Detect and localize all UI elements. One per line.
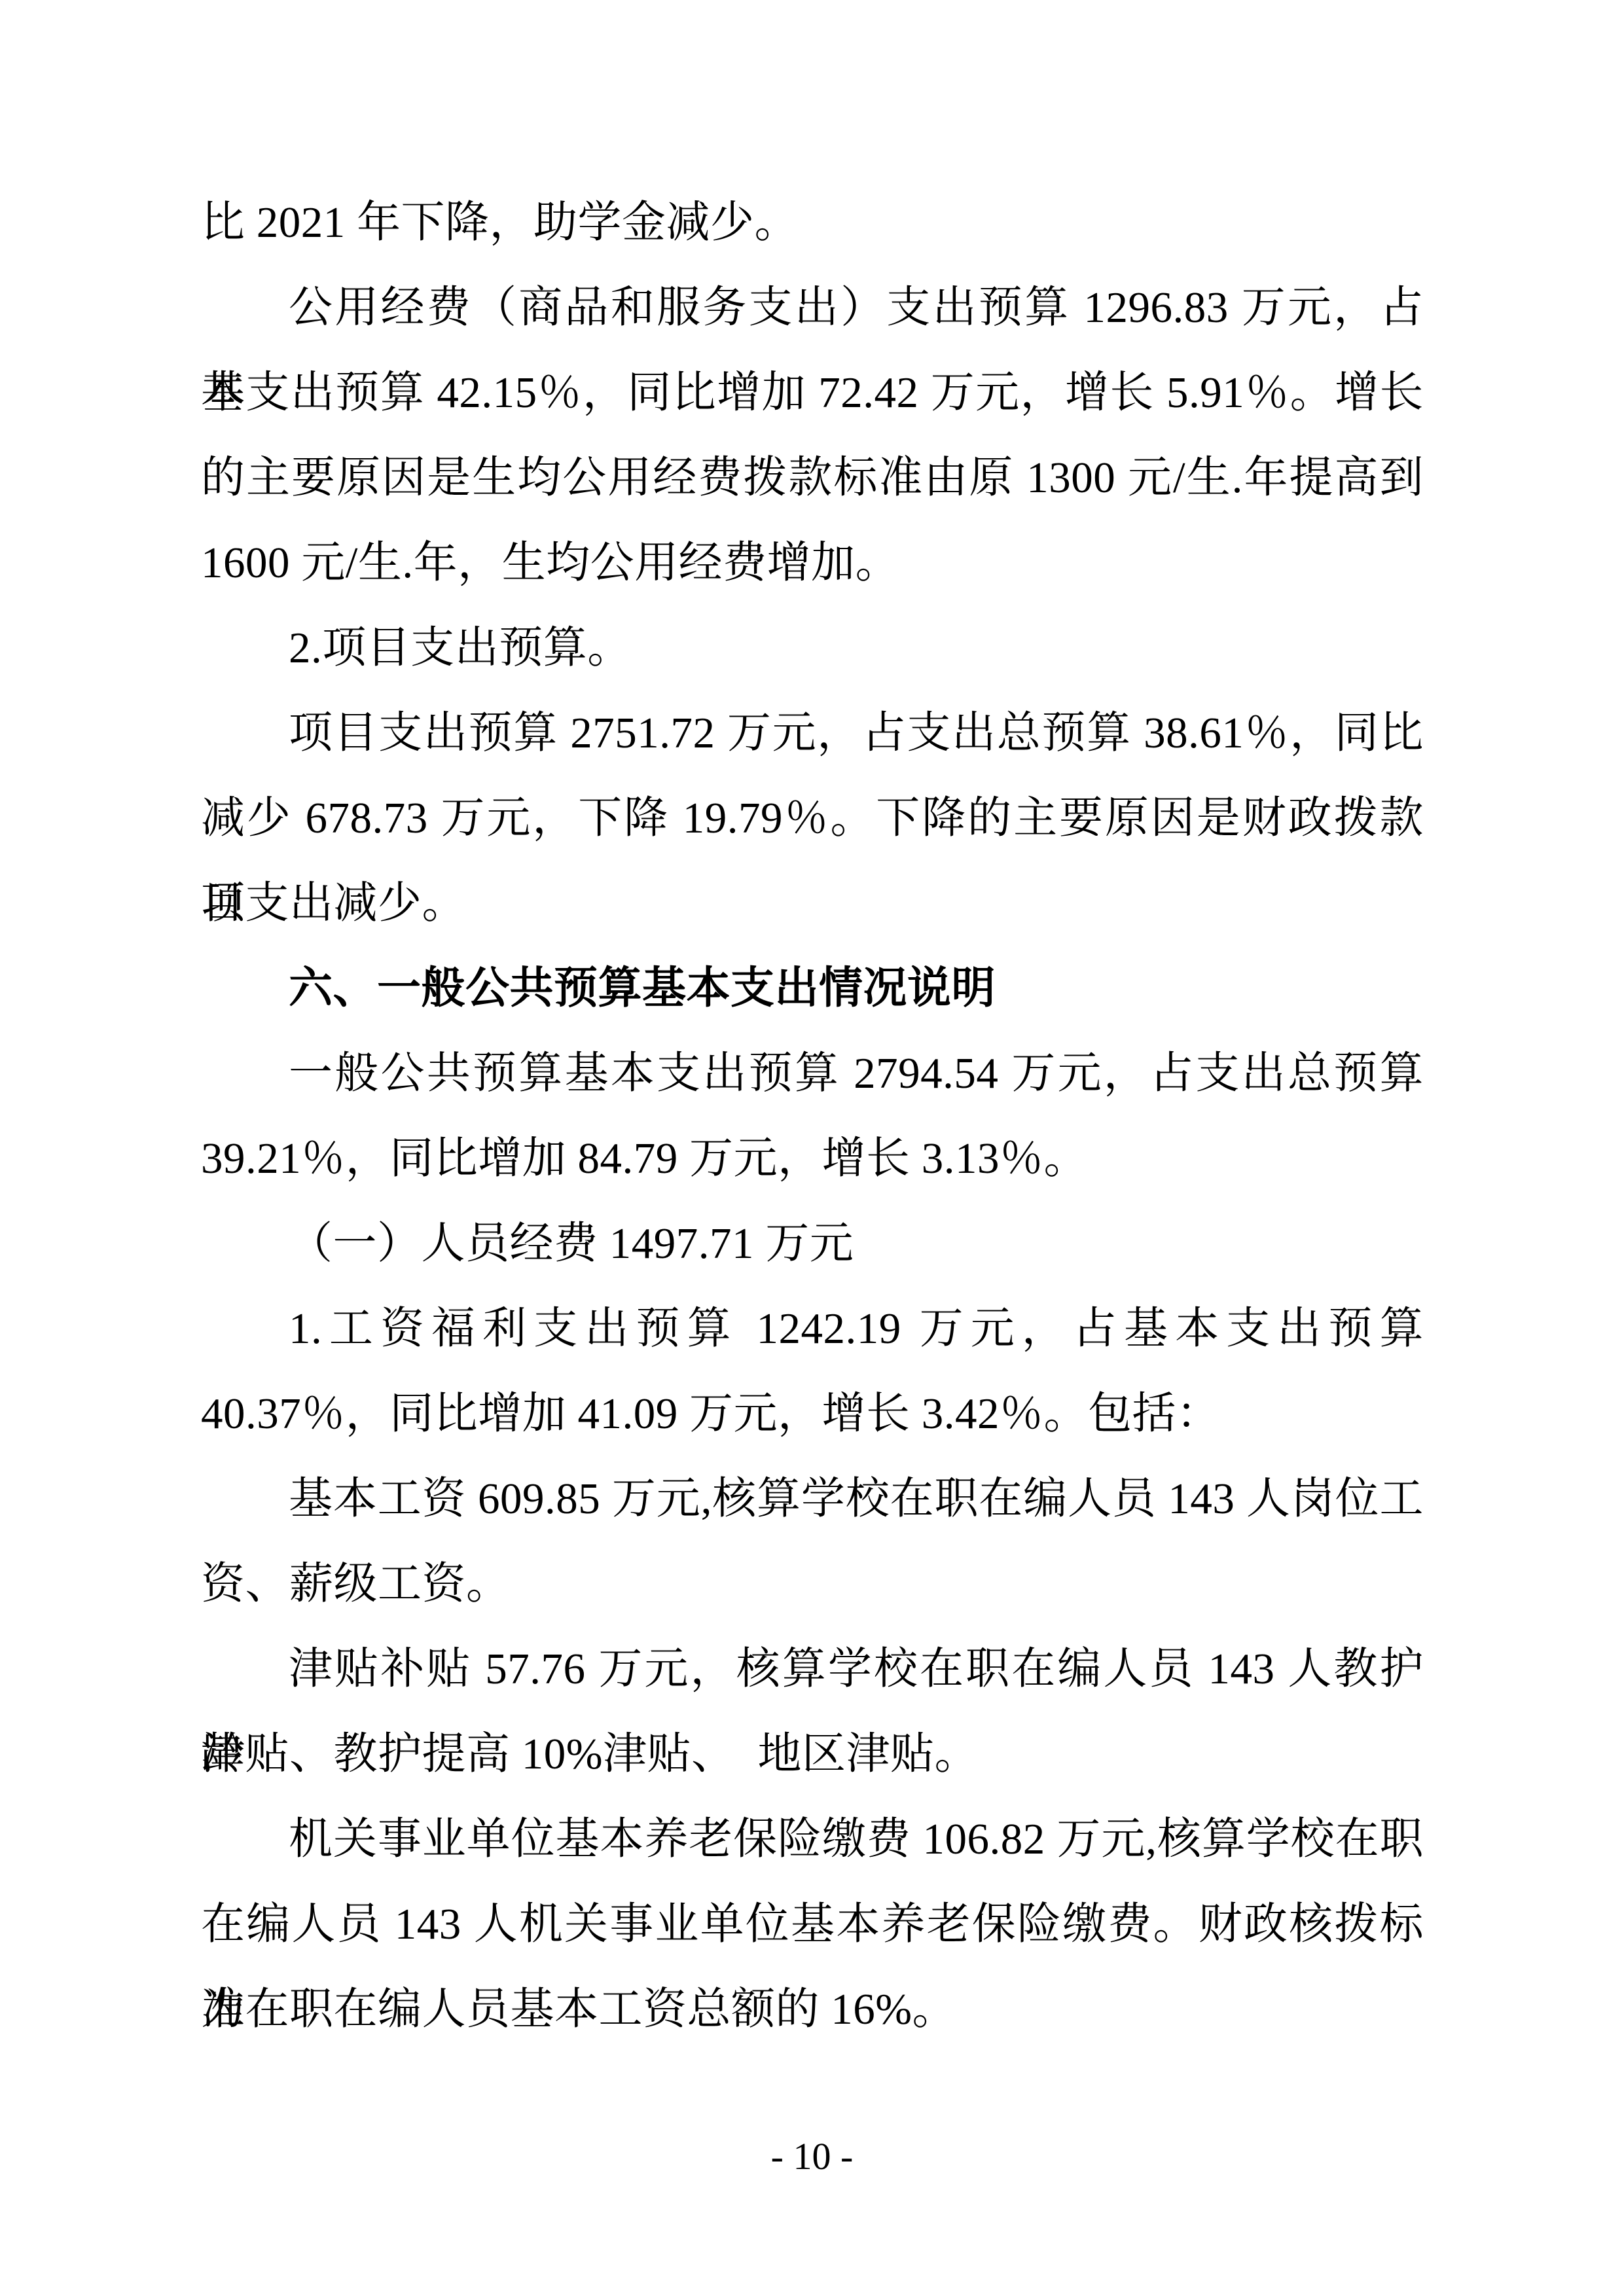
text-line: 目支出减少。 <box>201 861 1424 946</box>
text-line: 基本工资 609.85 万元,核算学校在职在编人员 143 人岗位工 <box>201 1456 1424 1541</box>
text-line: 40.37％，同比增加 41.09 万元，增长 3.42％。包括： <box>201 1371 1424 1456</box>
text-line: 项目支出预算 2751.72 万元，占支出总预算 38.61％，同比 <box>201 691 1424 776</box>
text-line: 比 2021 年下降，助学金减少。 <box>201 180 1424 265</box>
text-line: 公用经费（商品和服务支出）支出预算 1296.83 万元，占基 <box>201 265 1424 350</box>
text-line: 1.工资福利支出预算 1242.19 万元，占基本支出预算 <box>201 1286 1424 1371</box>
text-line: 在编人员 143 人机关事业单位基本养老保险缴费。财政核拨标准 <box>201 1882 1424 1967</box>
text-line: 减少 678.73 万元，下降 19.79％。下降的主要原因是财政拨款项 <box>201 776 1424 861</box>
section-heading: 六、一般公共预算基本支出情况说明 <box>201 946 1424 1031</box>
document-body: 比 2021 年下降，助学金减少。公用经费（商品和服务支出）支出预算 1296.… <box>201 180 1424 2052</box>
text-line: 39.21％，同比增加 84.79 万元，增长 3.13％。 <box>201 1116 1424 1201</box>
text-line: 津贴、教护提高 10%津贴、 地区津贴。 <box>201 1712 1424 1797</box>
text-line: （一）人员经费 1497.71 万元 <box>201 1201 1424 1286</box>
document-page: 比 2021 年下降，助学金减少。公用经费（商品和服务支出）支出预算 1296.… <box>0 0 1624 2296</box>
page-number: - 10 - <box>0 2138 1624 2176</box>
text-line: 机关事业单位基本养老保险缴费 106.82 万元,核算学校在职 <box>201 1797 1424 1882</box>
text-line: 为在职在编人员基本工资总额的 16%。 <box>201 1967 1424 2052</box>
text-line: 资、薪级工资。 <box>201 1541 1424 1626</box>
text-line: 本支出预算 42.15％，同比增加 72.42 万元，增长 5.91％。增长 <box>201 350 1424 435</box>
text-line: 津贴补贴 57.76 万元，核算学校在职在编人员 143 人教护龄 <box>201 1626 1424 1712</box>
text-line: 1600 元/生.年，生均公用经费增加。 <box>201 520 1424 605</box>
text-line: 2.项目支出预算。 <box>201 605 1424 691</box>
text-line: 一般公共预算基本支出预算 2794.54 万元，占支出总预算 <box>201 1031 1424 1116</box>
text-line: 的主要原因是生均公用经费拨款标准由原 1300 元/生.年提高到 <box>201 435 1424 520</box>
